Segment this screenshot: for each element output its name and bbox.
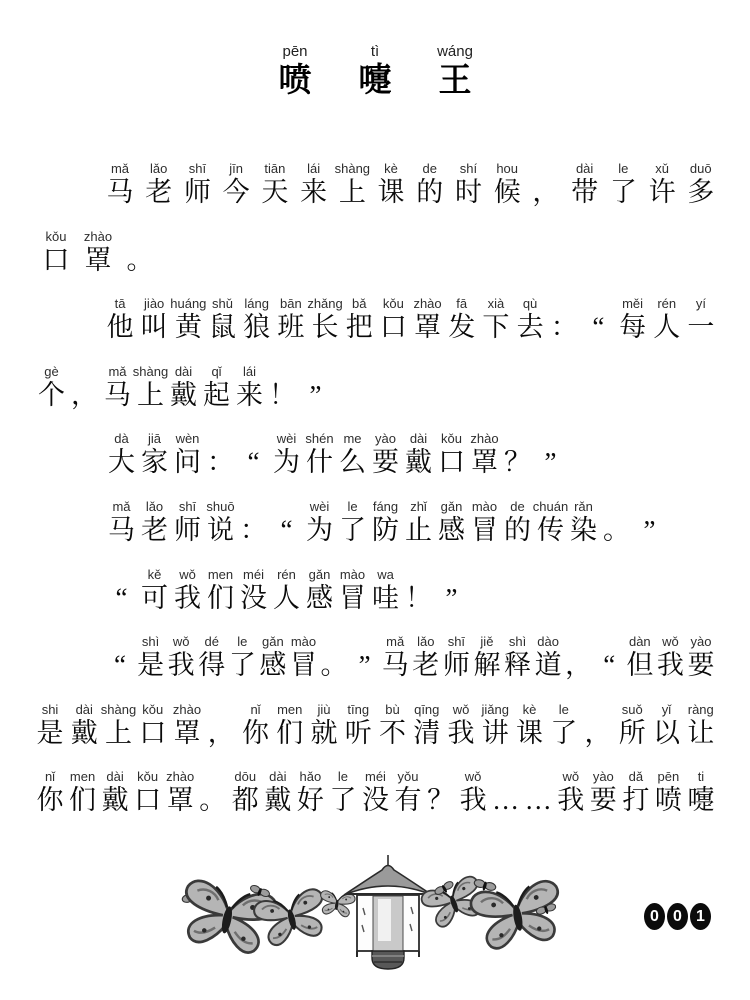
pinyin: kè <box>384 160 398 177</box>
title-pinyin: pēn <box>282 42 307 62</box>
ruby-token: měi每 <box>618 295 648 343</box>
pinyin: wèi <box>277 430 297 447</box>
ruby-token: nǐ你 <box>35 768 65 816</box>
pinyin: men <box>208 566 233 583</box>
hanzi: 家 <box>141 447 168 478</box>
ruby-token: mǎ马 <box>105 498 138 546</box>
pinyin: shī <box>448 633 465 650</box>
pinyin: wèi <box>310 498 330 515</box>
pinyin: kǒu <box>383 295 404 312</box>
ruby-token: zhào罩 <box>77 228 119 276</box>
pinyin: bù <box>385 701 399 718</box>
hanzi: ” <box>310 380 322 411</box>
hanzi: 么 <box>339 447 366 478</box>
hanzi: 口 <box>438 447 465 478</box>
hanzi: 了 <box>610 177 637 208</box>
hanzi: 解 <box>473 650 500 681</box>
ruby-token: lái来 <box>299 160 329 208</box>
text-line: gè个，mǎ马shàng上dài戴qǐ起lái来！” <box>35 363 716 431</box>
hanzi: 让 <box>687 718 714 749</box>
title-pinyin: tì <box>371 42 379 62</box>
ruby-token: shī师 <box>171 498 204 546</box>
ruby-token: shì是 <box>136 633 166 681</box>
ruby-token: ” <box>633 498 666 546</box>
hanzi: ” <box>359 650 371 681</box>
pinyin: mào <box>340 566 365 583</box>
pinyin: shī <box>179 498 196 515</box>
hanzi: 了 <box>229 650 256 681</box>
ruby-token: dài带 <box>570 160 600 208</box>
hanzi: 时 <box>455 177 482 208</box>
hanzi: 们 <box>276 718 303 749</box>
hanzi: 他 <box>107 312 134 343</box>
hanzi: 没 <box>362 785 389 816</box>
pinyin: wǒ <box>179 566 196 583</box>
ruby-token: ： <box>549 295 579 343</box>
hanzi: 我 <box>657 650 684 681</box>
ruby-token: wǒ我 <box>458 768 488 816</box>
hanzi: 口 <box>139 718 166 749</box>
hanzi: ： <box>551 312 578 343</box>
pinyin: shí <box>460 160 477 177</box>
ruby-token: shi是 <box>35 701 65 749</box>
pinyin: hǎo <box>300 768 322 785</box>
hanzi: 的 <box>504 515 531 546</box>
hanzi: ？ <box>427 785 454 816</box>
pinyin: yào <box>375 430 396 447</box>
pinyin: dà <box>114 430 128 447</box>
pinyin: lái <box>307 160 320 177</box>
ruby-token: kǒu口 <box>138 701 168 749</box>
hanzi: 道 <box>535 650 562 681</box>
pinyin: wǒ <box>173 633 190 650</box>
hanzi: 以 <box>653 718 680 749</box>
ruby-token: ， <box>583 701 613 749</box>
hanzi: 可 <box>141 583 168 614</box>
text-line: dà大jiā家wèn问：“wèi为shén什me么yào要dài戴kǒu口zhà… <box>35 430 716 498</box>
pinyin: le <box>559 701 569 718</box>
ruby-token: bù不 <box>378 701 408 749</box>
hanzi: 你 <box>242 718 269 749</box>
title-hanzi: 王 <box>439 62 472 100</box>
hanzi: 罩 <box>414 312 441 343</box>
pinyin: rǎn <box>574 498 593 515</box>
pinyin: mǎ <box>111 160 129 177</box>
ruby-token: “ <box>105 633 135 681</box>
pinyin: dài <box>269 768 286 785</box>
ruby-token: lái来 <box>233 363 266 411</box>
ruby-token: zhào罩 <box>468 430 501 478</box>
hanzi: 们 <box>69 785 96 816</box>
pinyin: méi <box>243 566 264 583</box>
hanzi: 染 <box>570 515 597 546</box>
ruby-token: wǒ我 <box>655 633 685 681</box>
ruby-token: 。 <box>119 228 161 276</box>
hanzi: “ <box>248 447 260 478</box>
pinyin: hou <box>496 160 518 177</box>
story-text: mǎ马lǎo老shī师jīn今tiān天lái来shàng上kè课de的shí时… <box>35 160 716 836</box>
hanzi: 罩 <box>167 785 194 816</box>
ruby-token: tīng听 <box>343 701 373 749</box>
hanzi: “ <box>114 650 126 681</box>
ruby-token: wǒ我 <box>556 768 586 816</box>
pinyin: suǒ <box>622 701 643 718</box>
hanzi: 听 <box>345 718 372 749</box>
hanzi: ： <box>207 447 234 478</box>
ruby-token: hou候 <box>492 160 522 208</box>
pinyin: bǎ <box>352 295 366 312</box>
hanzi: 发 <box>448 312 475 343</box>
hanzi: 。 <box>321 650 348 681</box>
ruby-token: le了 <box>608 160 638 208</box>
hanzi: 老 <box>145 177 172 208</box>
ruby-token: yǒu有 <box>393 768 423 816</box>
hanzi: 马 <box>104 380 131 411</box>
ruby-token: wǒ我 <box>446 701 476 749</box>
hanzi: 打 <box>622 785 649 816</box>
pinyin: dé <box>205 633 219 650</box>
title-ruby-token: pēn喷 <box>277 42 313 100</box>
pinyin: qīng <box>414 701 439 718</box>
hanzi: 哇 <box>372 583 399 614</box>
ruby-token: mǎ马 <box>105 160 135 208</box>
hanzi: 了 <box>329 785 356 816</box>
pinyin: shàng <box>101 701 136 718</box>
hanzi: 课 <box>378 177 405 208</box>
hanzi: 鼠 <box>209 312 236 343</box>
hanzi: 人 <box>273 583 300 614</box>
ruby-token: kǒu口 <box>435 430 468 478</box>
pinyin: lǎo <box>150 160 167 177</box>
ruby-token: kě可 <box>138 566 171 614</box>
ruby-token: dài戴 <box>69 701 99 749</box>
pinyin: dōu <box>234 768 256 785</box>
pinyin: ràng <box>688 701 714 718</box>
pinyin: shén <box>305 430 333 447</box>
ruby-token: mào冒 <box>336 566 369 614</box>
pinyin: shī <box>189 160 206 177</box>
ruby-token: kǒu口 <box>378 295 408 343</box>
hanzi: 课 <box>516 718 543 749</box>
hanzi: 了 <box>550 718 577 749</box>
ruby-token: jiào叫 <box>139 295 169 343</box>
pinyin: kè <box>523 701 537 718</box>
ruby-token: tā他 <box>105 295 135 343</box>
hanzi: 许 <box>649 177 676 208</box>
page-title: pēn喷tì嚏wáng王 <box>0 42 750 100</box>
hanzi: “ <box>116 583 128 614</box>
ruby-token: shuō说 <box>204 498 237 546</box>
ruby-token: xǔ许 <box>647 160 677 208</box>
pinyin: me <box>343 430 361 447</box>
hanzi: ？ <box>504 447 531 478</box>
hanzi: 冒 <box>290 650 317 681</box>
pinyin: yǐ <box>662 701 671 718</box>
pinyin: yǒu <box>398 768 419 785</box>
hanzi: 天 <box>261 177 288 208</box>
ruby-token: ， <box>206 701 236 749</box>
pinyin: wèn <box>176 430 200 447</box>
pinyin: shàng <box>133 363 168 380</box>
title-hanzi: 嚏 <box>359 62 392 100</box>
ruby-token: “ <box>270 498 303 546</box>
ruby-token: chuán传 <box>534 498 567 546</box>
hanzi: 有 <box>395 785 422 816</box>
hanzi: 释 <box>504 650 531 681</box>
hanzi: 今 <box>223 177 250 208</box>
ruby-token: “ <box>237 430 270 478</box>
pinyin: dài <box>410 430 427 447</box>
hanzi: 人 <box>653 312 680 343</box>
pinyin: qǐ <box>211 363 221 380</box>
ruby-token: bān班 <box>276 295 306 343</box>
pinyin: duō <box>690 160 712 177</box>
ruby-token: wèn问 <box>171 430 204 478</box>
hanzi: 口 <box>43 245 70 276</box>
pinyin: bān <box>280 295 302 312</box>
pinyin: nǐ <box>45 768 55 785</box>
pinyin: wǒ <box>465 768 482 785</box>
ruby-token: tiān天 <box>260 160 290 208</box>
pinyin: nǐ <box>250 701 260 718</box>
hanzi: 带 <box>571 177 598 208</box>
pinyin: kǒu <box>441 430 462 447</box>
ruby-token: shí时 <box>453 160 483 208</box>
hanzi: ” <box>545 447 557 478</box>
hanzi: 为 <box>273 447 300 478</box>
ruby-token: fáng防 <box>369 498 402 546</box>
hanzi: ， <box>532 177 559 208</box>
ruby-token: ” <box>350 633 380 681</box>
pinyin: zhǐ <box>410 498 427 515</box>
hanzi: 马 <box>108 515 135 546</box>
ruby-token: shàng上 <box>337 160 367 208</box>
ruby-token: dǎ打 <box>621 768 651 816</box>
ruby-token: mǎ马 <box>101 363 134 411</box>
footer-illustration <box>148 853 618 975</box>
pinyin: shàng <box>335 160 370 177</box>
pinyin: dài <box>576 160 593 177</box>
hanzi: “ <box>592 312 604 343</box>
pinyin: lǎo <box>146 498 163 515</box>
hanzi: 要 <box>590 785 617 816</box>
hanzi: 来 <box>236 380 263 411</box>
pinyin: zhào <box>166 768 194 785</box>
pinyin: dàn <box>629 633 651 650</box>
ruby-token: rén人 <box>652 295 682 343</box>
pinyin: tīng <box>347 701 369 718</box>
ruby-token: jiù就 <box>309 701 339 749</box>
ruby-token: kǒu口 <box>35 228 77 276</box>
hanzi: ， <box>208 718 235 749</box>
ruby-token: yào要 <box>686 633 716 681</box>
text-line: mǎ马lǎo老shī师jīn今tiān天lái来shàng上kè课de的shí时… <box>35 160 716 228</box>
hanzi: ， <box>585 718 612 749</box>
pinyin: mào <box>291 633 316 650</box>
hanzi: 候 <box>494 177 521 208</box>
pinyin: měi <box>622 295 643 312</box>
hanzi: 嚏 <box>687 785 714 816</box>
text-line: shi是dài戴shàng上kǒu口zhào罩，nǐ你men们jiù就tīng听… <box>35 701 716 769</box>
hanzi: ！ <box>269 380 296 411</box>
text-line: tā他jiào叫huáng黄shǔ鼠láng狼bān班zhǎng长bǎ把kǒu口… <box>35 295 716 363</box>
ruby-token: zhào罩 <box>165 768 195 816</box>
hanzi: 戴 <box>102 785 129 816</box>
ruby-token: gè个 <box>35 363 68 411</box>
ruby-token: méi没 <box>237 566 270 614</box>
ruby-token: ” <box>534 430 567 478</box>
hanzi: 师 <box>184 177 211 208</box>
ruby-token: ！ <box>266 363 299 411</box>
ruby-token: láng狼 <box>242 295 272 343</box>
pinyin: shǔ <box>212 295 233 312</box>
ruby-token: 。 <box>319 633 349 681</box>
ruby-token: 。 <box>600 498 633 546</box>
hanzi: 戴 <box>405 447 432 478</box>
pinyin: jiǎng <box>482 701 509 718</box>
pinyin: kǒu <box>46 228 67 245</box>
pinyin: mào <box>472 498 497 515</box>
ruby-token: qīng清 <box>412 701 442 749</box>
pinyin: wǒ <box>453 701 470 718</box>
ruby-token: zhǎng长 <box>310 295 340 343</box>
pinyin: dǎ <box>629 768 643 785</box>
ruby-token: ” <box>435 566 468 614</box>
ruby-token: zhào罩 <box>413 295 443 343</box>
pinyin: wǒ <box>662 633 679 650</box>
pinyin: jīn <box>229 160 243 177</box>
pinyin: mǎ <box>386 633 404 650</box>
hanzi: 下 <box>482 312 509 343</box>
hanzi: 师 <box>443 650 470 681</box>
title-ruby-token: wáng王 <box>437 42 473 100</box>
hanzi: “ <box>281 515 293 546</box>
hanzi: 的 <box>416 177 443 208</box>
pinyin: gǎn <box>262 633 284 650</box>
pinyin: xià <box>488 295 505 312</box>
ruby-token: suǒ所 <box>617 701 647 749</box>
hanzi: 长 <box>312 312 339 343</box>
text-line: nǐ你men们dài戴kǒu口zhào罩。dōu都dài戴hǎo好le了méi没… <box>35 768 716 836</box>
hanzi: 上 <box>339 177 366 208</box>
pinyin: dài <box>175 363 192 380</box>
hanzi: 就 <box>311 718 338 749</box>
ruby-token: lǎo老 <box>144 160 174 208</box>
hanzi: 所 <box>619 718 646 749</box>
ruby-token: mào冒 <box>468 498 501 546</box>
hanzi: 把 <box>346 312 373 343</box>
hanzi: ” <box>446 583 458 614</box>
pinyin: yào <box>691 633 712 650</box>
ruby-token: dà大 <box>105 430 138 478</box>
ruby-token: qù去 <box>515 295 545 343</box>
pinyin: rén <box>277 566 296 583</box>
ruby-token: shén什 <box>303 430 336 478</box>
ruby-token: jiě解 <box>472 633 502 681</box>
pinyin: lǎo <box>417 633 434 650</box>
hanzi: 罩 <box>174 718 201 749</box>
hanzi: 戴 <box>170 380 197 411</box>
ruby-token: dài戴 <box>402 430 435 478</box>
pinyin: tiān <box>264 160 285 177</box>
hanzi: 起 <box>203 380 230 411</box>
pinyin: shi <box>42 701 59 718</box>
ruby-token: gǎn感 <box>303 566 336 614</box>
pinyin: jiě <box>480 633 493 650</box>
pinyin: mǎ <box>112 498 130 515</box>
hanzi: 马 <box>382 650 409 681</box>
pinyin: gǎn <box>309 566 331 583</box>
hanzi: 我 <box>460 785 487 816</box>
pinyin: dài <box>106 768 123 785</box>
hanzi: 马 <box>107 177 134 208</box>
ruby-token: ！ <box>402 566 435 614</box>
pinyin: huáng <box>170 295 206 312</box>
ruby-token: rén人 <box>270 566 303 614</box>
hanzi: 罩 <box>471 447 498 478</box>
pinyin: dào <box>537 633 559 650</box>
ruby-token: ： <box>237 498 270 546</box>
ruby-token: “ <box>105 566 138 614</box>
ruby-token: gǎn感 <box>435 498 468 546</box>
ruby-token: yǐ以 <box>652 701 682 749</box>
hanzi: 师 <box>174 515 201 546</box>
ruby-token: ， <box>564 633 594 681</box>
pinyin: lái <box>243 363 256 380</box>
hanzi: 不 <box>379 718 406 749</box>
ruby-token: men们 <box>204 566 237 614</box>
pinyin: gǎn <box>441 498 463 515</box>
hanzi: 防 <box>372 515 399 546</box>
pinyin: pēn <box>658 768 680 785</box>
pinyin: xǔ <box>655 160 669 177</box>
ruby-token: ràng让 <box>686 701 716 749</box>
ruby-token: wèi为 <box>270 430 303 478</box>
ruby-token: dào道 <box>533 633 563 681</box>
page-number-digit: 0 <box>667 903 688 930</box>
hanzi: 戴 <box>71 718 98 749</box>
hanzi: 我 <box>168 650 195 681</box>
ruby-token: ， <box>68 363 101 411</box>
hanzi: 是 <box>137 650 164 681</box>
ruby-token: le了 <box>227 633 257 681</box>
hanzi: 感 <box>306 583 333 614</box>
pinyin: láng <box>244 295 269 312</box>
ruby-token: dàn但 <box>625 633 655 681</box>
hanzi: 我 <box>174 583 201 614</box>
pinyin: wǒ <box>562 768 579 785</box>
ruby-token: hǎo好 <box>295 768 325 816</box>
hanzi: 黄 <box>175 312 202 343</box>
hanzi: “ <box>603 650 615 681</box>
pinyin: men <box>70 768 95 785</box>
hanzi: 。 <box>127 245 154 276</box>
hanzi: 去 <box>517 312 544 343</box>
ruby-token: shàng上 <box>134 363 167 411</box>
pinyin: fáng <box>373 498 398 515</box>
ruby-token: jiǎng讲 <box>480 701 510 749</box>
hanzi: 上 <box>105 718 132 749</box>
ruby-token: kǒu口 <box>133 768 163 816</box>
ruby-token: ti嚏 <box>686 768 716 816</box>
hanzi: 说 <box>207 515 234 546</box>
ruby-token: … <box>491 768 521 816</box>
book-page: pēn喷tì嚏wáng王 mǎ马lǎo老shī师jīn今tiān天lái来shà… <box>0 0 750 1000</box>
pinyin: kě <box>148 566 162 583</box>
hanzi: 要 <box>687 650 714 681</box>
hanzi: 们 <box>207 583 234 614</box>
hanzi: 了 <box>339 515 366 546</box>
